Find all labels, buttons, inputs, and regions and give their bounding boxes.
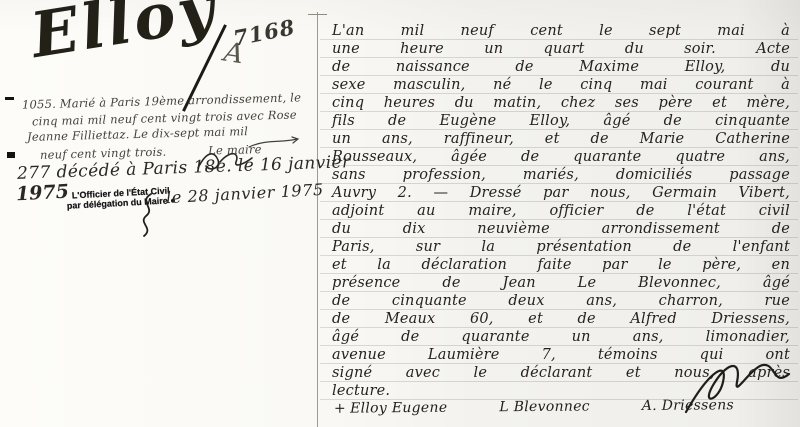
act-line: sexe masculin, né le cinq mai courant à bbox=[332, 76, 790, 94]
margin-square-mark bbox=[7, 152, 15, 158]
act-line: un ans, raffineur, et de Marie Catherine bbox=[332, 130, 790, 148]
signature-row: +Elloy Eugene L Blevonnec A. Driessens bbox=[334, 397, 734, 416]
act-body: L'an mil neuf cent le sept mai àune heur… bbox=[332, 22, 790, 400]
act-line: Auvry 2. — Dressé par nous, Germain Vibe… bbox=[332, 184, 790, 202]
act-line: de Meaux 60, et de Alfred Driessens, bbox=[332, 310, 790, 328]
declarant-signature: +Elloy Eugene bbox=[334, 400, 448, 417]
act-line: sans profession, mariés, domiciliés pass… bbox=[332, 166, 790, 184]
margin-dash-mark bbox=[5, 97, 14, 100]
act-line: une heure un quart du soir. Acte bbox=[332, 40, 790, 58]
act-line: Paris, sur la présentation de l'enfant bbox=[332, 238, 790, 256]
act-line: L'an mil neuf cent le sept mai à bbox=[332, 22, 790, 40]
stamp-signature-squiggle bbox=[136, 192, 158, 238]
margin-arrow-stroke bbox=[248, 136, 300, 150]
registry-surname: Elloy bbox=[26, 0, 222, 72]
act-line: et la déclaration faite par le père, en bbox=[332, 256, 790, 274]
act-line: du dix neuvième arrondissement de bbox=[332, 220, 790, 238]
act-line: de naissance de Maxime Elloy, du bbox=[332, 58, 790, 76]
death-note-date: le 28 janvier 1975 bbox=[166, 180, 325, 207]
act-line: adjoint au maire, officier de l'état civ… bbox=[332, 202, 790, 220]
act-line: fils de Eugène Elloy, âgé de cinquante bbox=[332, 112, 790, 130]
act-line: cinq heures du matin, chez ses père et m… bbox=[332, 94, 790, 112]
scanned-birth-record: Elloy A 7168 1055. Marié à Paris 19ème a… bbox=[0, 0, 800, 427]
declarant-signature-name: Elloy Eugene bbox=[350, 400, 447, 417]
act-line: présence de Jean Le Blevonnec, âgé bbox=[332, 274, 790, 292]
act-line: de cinquante deux ans, charron, rue bbox=[332, 292, 790, 310]
act-line: âgé de quarante un ans, limonadier, bbox=[332, 328, 790, 346]
margin-vertical-rule bbox=[317, 12, 318, 427]
act-line: Rousseaux, âgée de quarante quatre ans, bbox=[332, 148, 790, 166]
officer-signature-paraph bbox=[682, 356, 794, 420]
signature-cross: + bbox=[334, 401, 346, 417]
witness1-signature: L Blevonnec bbox=[499, 399, 590, 416]
margin-rule-tick bbox=[308, 14, 327, 15]
act-number: 7168 bbox=[231, 14, 297, 50]
